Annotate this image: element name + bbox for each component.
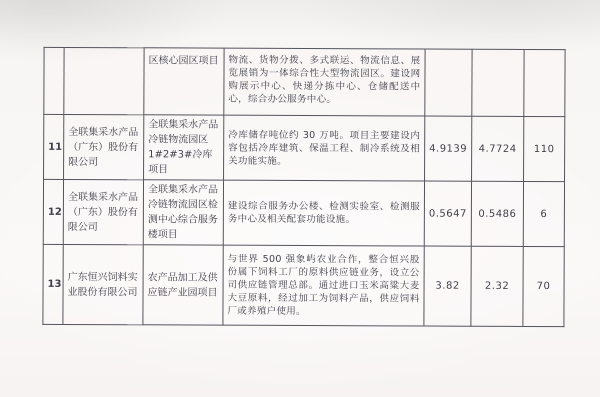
project-name-cell: 农产品加工及供应链产业园项目	[143, 245, 223, 325]
company-cell	[64, 47, 144, 114]
table-row-11: 11 全联集采水产品（广东）股份有限公司 全联集采水产品冷链物流园区1#2#3#…	[44, 114, 565, 181]
value3-cell: 110	[524, 116, 565, 181]
row-id-cell: 11	[44, 114, 64, 179]
value1-cell: 4.9139	[425, 116, 472, 181]
row-id-cell	[44, 47, 64, 114]
company-cell: 全联集采水产品（广东）股份有限公司	[63, 179, 143, 244]
company-cell: 广东恒兴饲料实业股份有限公司	[63, 244, 143, 324]
value1-cell: 3.82	[424, 246, 471, 326]
project-description-cell: 冷库储存吨位约 30 万吨。项目主要建设内容包括冷库建筑、保温工程、制冷系统及相…	[224, 115, 425, 181]
value3-cell: 6	[523, 181, 564, 246]
project-name-cell: 区核心园区项目	[144, 48, 224, 115]
projects-table: 区核心园区项目 物流、货物分拨、多式联运、物流信息、展览展销为一体综合性大型物流…	[42, 47, 565, 327]
row-id-cell: 12	[43, 179, 63, 244]
value2-cell	[472, 49, 524, 116]
value2-cell: 4.7724	[472, 116, 524, 181]
project-description-cell: 物流、货物分拨、多式联运、物流信息、展览展销为一体综合性大型物流园区。建设网购展…	[224, 48, 425, 116]
value1-cell: 0.5647	[424, 181, 471, 246]
value2-cell: 0.5486	[471, 181, 523, 246]
value1-cell	[425, 49, 472, 116]
project-description-cell: 建设综合服务办公楼、检测实验室、检测服务中心及相关配套功能设施。	[223, 180, 424, 246]
value3-cell: 70	[523, 246, 564, 326]
value2-cell: 2.32	[471, 246, 523, 326]
project-description-cell: 与世界 500 强象屿农业合作，整合恒兴股份属下饲料工厂的原料供应链业务，设立公…	[223, 245, 424, 326]
table-row-13: 13 广东恒兴饲料实业股份有限公司 农产品加工及供应链产业园项目 与世界 500…	[43, 244, 564, 326]
scanned-page: 区核心园区项目 物流、货物分拨、多式联运、物流信息、展览展销为一体综合性大型物流…	[0, 0, 600, 397]
company-cell: 全联集采水产品（广东）股份有限公司	[64, 114, 144, 179]
value3-cell	[524, 49, 565, 116]
table-row-12: 12 全联集采水产品（广东）股份有限公司 全联集采水产品冷链物流园区检测中心综合…	[43, 179, 564, 246]
table-row-continuation: 区核心园区项目 物流、货物分拨、多式联运、物流信息、展览展销为一体综合性大型物流…	[44, 47, 565, 116]
project-name-cell: 全联集采水产品冷链物流园区检测中心综合服务楼项目	[143, 180, 223, 245]
projects-table-wrap: 区核心园区项目 物流、货物分拨、多式联运、物流信息、展览展销为一体综合性大型物流…	[42, 47, 564, 327]
project-name-cell: 全联集采水产品冷链物流园区1#2#3#冷库项目	[144, 115, 224, 180]
row-id-cell: 13	[43, 244, 63, 324]
